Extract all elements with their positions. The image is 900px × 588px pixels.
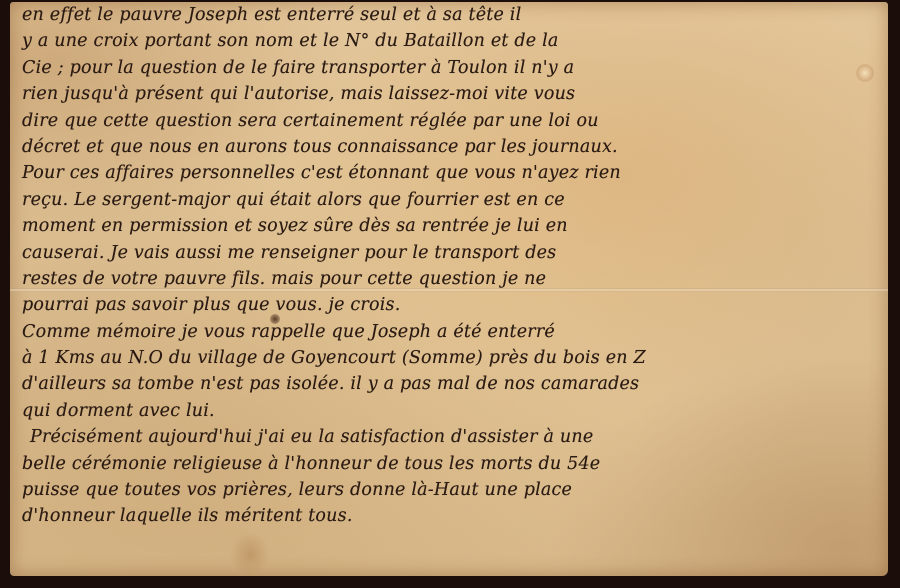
paper-stain bbox=[230, 532, 270, 576]
text-line: Comme mémoire je vous rappelle que Josep… bbox=[22, 319, 884, 345]
text-line: qui dorment avec lui. bbox=[22, 398, 884, 424]
text-line: en effet le pauvre Joseph est enterré se… bbox=[22, 2, 884, 28]
text-line: y a une croix portant son nom et le N° d… bbox=[22, 28, 884, 54]
text-line: reçu. Le sergent-major qui était alors q… bbox=[22, 187, 884, 213]
text-line: restes de votre pauvre fils. mais pour c… bbox=[22, 266, 884, 292]
text-line: Précisément aujourd'hui j'ai eu la satis… bbox=[22, 424, 884, 450]
text-line: Cie ; pour la question de le faire trans… bbox=[22, 55, 884, 81]
text-line: à 1 Kms au N.O du village de Goyencourt … bbox=[22, 345, 884, 371]
text-line: pourrai pas savoir plus que vous. je cro… bbox=[22, 292, 884, 318]
scan-background: en effet le pauvre Joseph est enterré se… bbox=[0, 0, 900, 588]
text-line: puisse que toutes vos prières, leurs don… bbox=[22, 477, 884, 503]
text-line: dire que cette question sera certainemen… bbox=[22, 108, 884, 134]
text-line: d'honneur laquelle ils méritent tous. bbox=[22, 503, 884, 529]
text-line: rien jusqu'à présent qui l'autorise, mai… bbox=[22, 81, 884, 107]
handwritten-text: en effet le pauvre Joseph est enterré se… bbox=[22, 2, 884, 530]
text-line: moment en permission et soyez sûre dès s… bbox=[22, 213, 884, 239]
letter-page: en effet le pauvre Joseph est enterré se… bbox=[10, 2, 888, 576]
text-line: d'ailleurs sa tombe n'est pas isolée. il… bbox=[22, 371, 884, 397]
text-line: décret et que nous en aurons tous connai… bbox=[22, 134, 884, 160]
text-line: belle cérémonie religieuse à l'honneur d… bbox=[22, 451, 884, 477]
text-line: Pour ces affaires personnelles c'est éto… bbox=[22, 160, 884, 186]
text-line: causerai. Je vais aussi me renseigner po… bbox=[22, 240, 884, 266]
